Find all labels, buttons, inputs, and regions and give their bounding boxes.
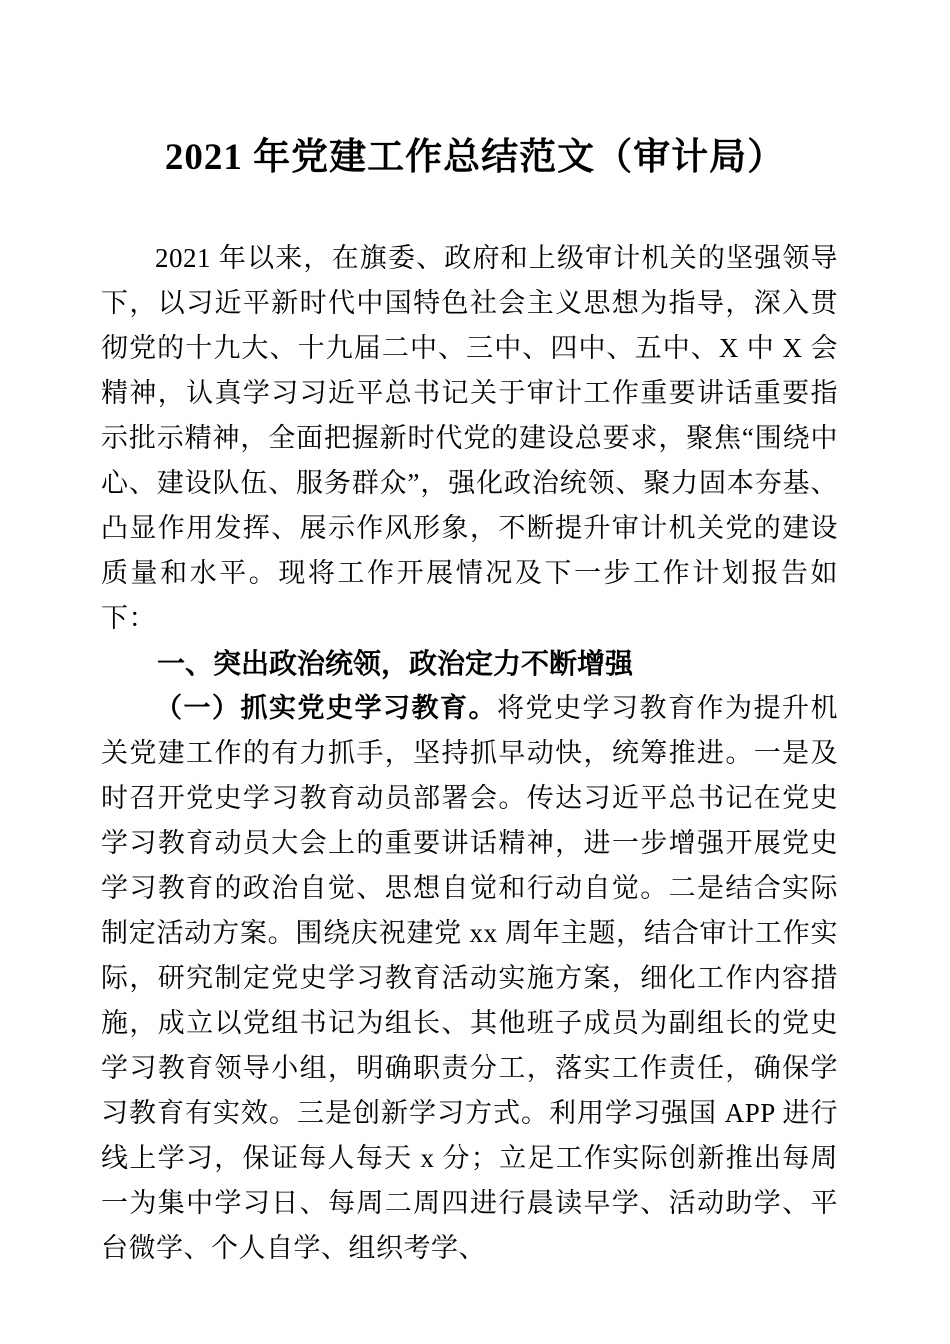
intro-paragraph-text: 2021 年以来，在旗委、政府和上级审计机关的坚强领导下，以习近平新时代中国特色… bbox=[101, 243, 838, 633]
intro-paragraph: 2021 年以来，在旗委、政府和上级审计机关的坚强领导下，以习近平新时代中国特色… bbox=[101, 236, 838, 641]
section-1-heading: 一、突出政治统领，政治定力不断增强 bbox=[101, 641, 838, 686]
section-1-sub-1-text: 将党史学习教育作为提升机关党建工作的有力抓手，坚持抓早动快，统筹推进。一是及时召… bbox=[101, 693, 838, 1263]
section-1-sub-1-paragraph: （一）抓实党史学习教育。将党史学习教育作为提升机关党建工作的有力抓手，坚持抓早动… bbox=[101, 686, 838, 1271]
document-body: 2021 年以来，在旗委、政府和上级审计机关的坚强领导下，以习近平新时代中国特色… bbox=[101, 236, 838, 1271]
section-1-sub-1-lead: （一）抓实党史学习教育。 bbox=[155, 693, 497, 723]
document-title: 2021 年党建工作总结范文（审计局） bbox=[0, 130, 950, 186]
document-page: 2021 年党建工作总结范文（审计局） 2021 年以来，在旗委、政府和上级审计… bbox=[0, 0, 950, 1344]
